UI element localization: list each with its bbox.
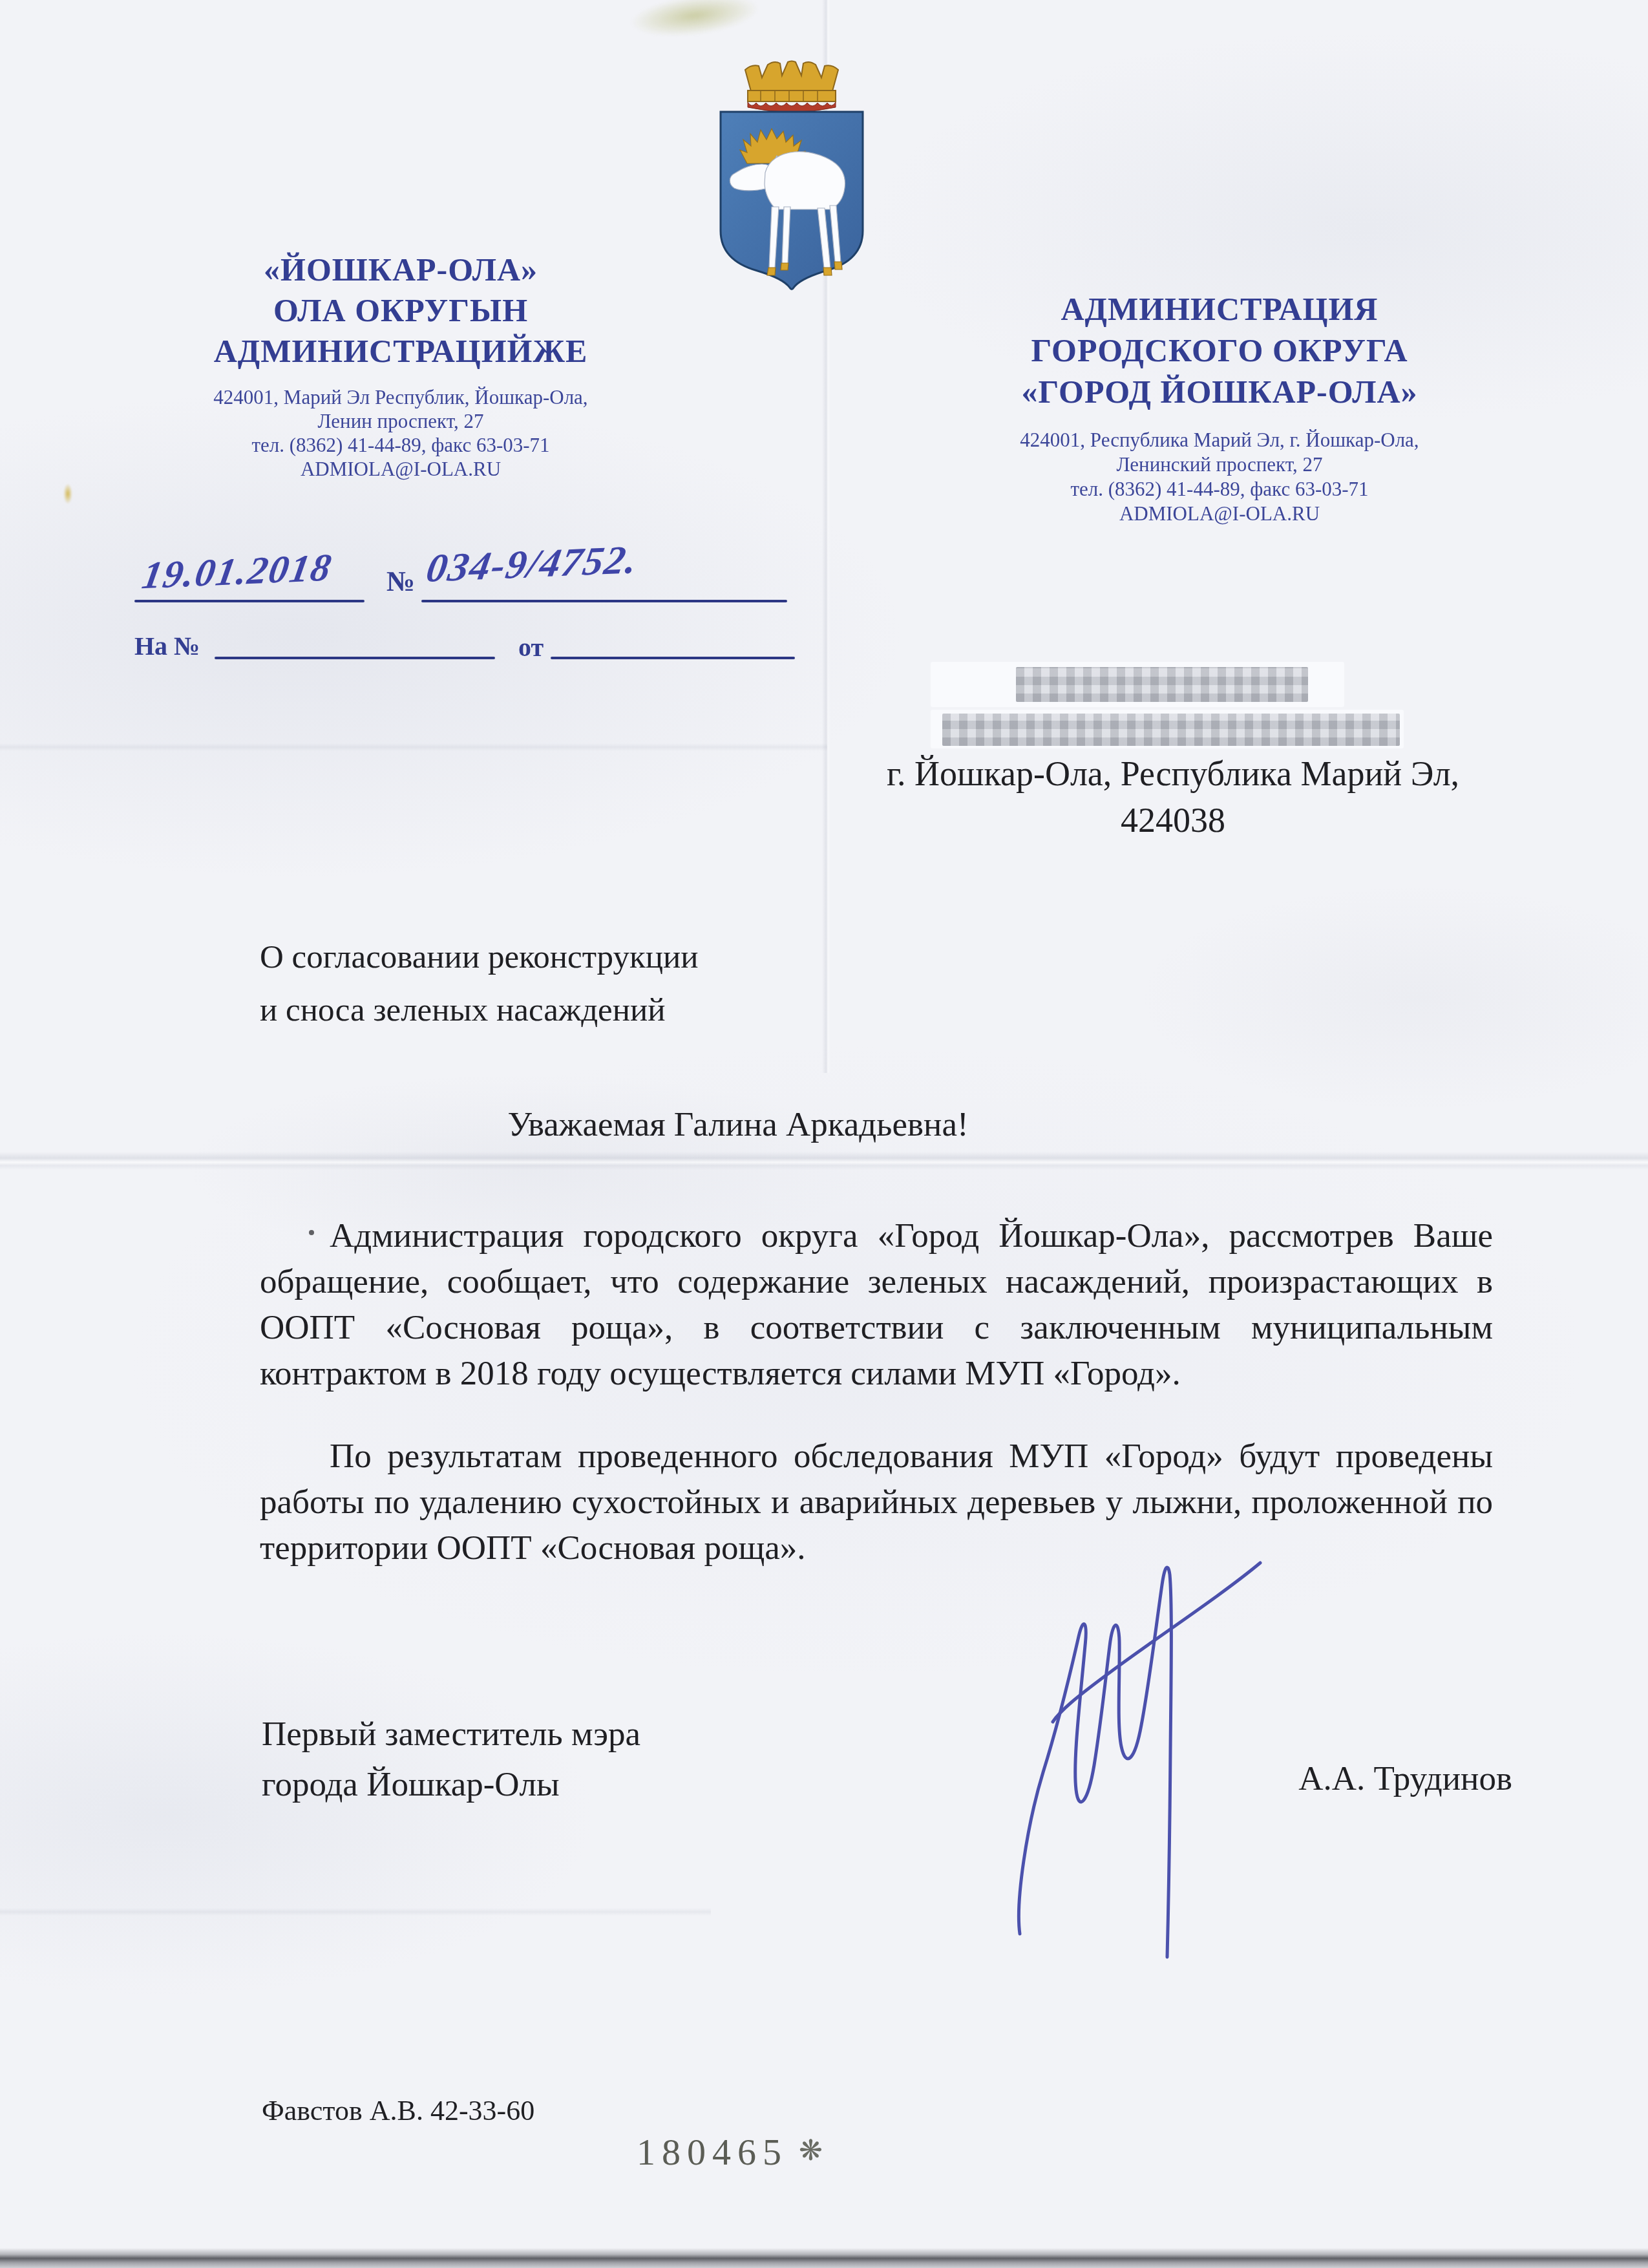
number-underline — [421, 600, 787, 602]
subject-line: и сноса зеленых насаждений — [260, 984, 1003, 1037]
org-name-line: ГОРОДСКОГО ОКРУГА — [929, 330, 1510, 371]
signer-title-line: Первый заместитель мэра — [262, 1709, 876, 1759]
address-line: ADMIOLA@I-OLA.RU — [929, 502, 1510, 526]
subject-line: О согласовании реконструкции — [260, 931, 1003, 984]
subject: О согласовании реконструкции и сноса зел… — [260, 931, 1003, 1037]
address-line: тел. (8362) 41-44-89, факс 63-03-71 — [110, 433, 692, 457]
handwritten-signature-icon — [998, 1538, 1302, 1965]
address-line: 424001, Республика Марий Эл, г. Йошкар-О… — [929, 428, 1510, 452]
org-name-mari: «ЙОШКАР-ОЛА» ОЛА ОКРУГЫН АДМИНИСТРАЦИЙЖЕ — [110, 249, 692, 372]
org-name-line: ОЛА ОКРУГЫН — [110, 290, 692, 331]
stamp-snowflake-icon: ❋ — [799, 2134, 823, 2167]
executor-contact: Фавстов А.В. 42-33-60 — [262, 2094, 534, 2127]
reply-number-label: На № — [134, 631, 200, 661]
handwritten-date: 19.01.2018 — [139, 546, 335, 599]
paper-speck — [63, 483, 72, 504]
fold-crease — [0, 743, 827, 751]
org-name-line: АДМИНИСТРАЦИЯ — [929, 288, 1510, 330]
body-paragraph-2: По результатам проведенного обследования… — [260, 1434, 1493, 1571]
signer-title-line: города Йошкар-Олы — [262, 1759, 876, 1810]
address-line: Ленинский проспект, 27 — [929, 452, 1510, 477]
stamp-number: 180465 — [637, 2130, 788, 2174]
signer-name: А.А. Трудинов — [1196, 1759, 1512, 1798]
date-underline — [134, 600, 364, 602]
org-address-russian: 424001, Республика Марий Эл, г. Йошкар-О… — [929, 428, 1510, 526]
mural-crown-icon — [745, 61, 838, 112]
scanned-letter: «ЙОШКАР-ОЛА» ОЛА ОКРУГЫН АДМИНИСТРАЦИЙЖЕ… — [0, 0, 1648, 2268]
org-name-line: «ГОРОД ЙОШКАР-ОЛА» — [929, 371, 1510, 412]
scan-bottom-edge — [0, 2248, 1648, 2268]
fold-crease — [0, 1152, 1648, 1170]
scan-smudge — [628, 0, 761, 43]
recipient-city: г. Йошкар-Ола, Республика Марий Эл, — [827, 754, 1519, 794]
address-line: 424001, Марий Эл Республик, Йошкар-Ола, — [110, 385, 692, 409]
org-name-line: «ЙОШКАР-ОЛА» — [110, 249, 692, 290]
org-address-mari: 424001, Марий Эл Республик, Йошкар-Ола, … — [110, 385, 692, 481]
number-label: № — [386, 565, 415, 598]
fold-crease — [0, 1908, 711, 1916]
signer-title: Первый заместитель мэра города Йошкар-Ол… — [262, 1709, 876, 1810]
redacted-recipient-street — [942, 714, 1400, 746]
yoshkar-ola-coat-of-arms-icon — [711, 55, 872, 294]
address-line: Ленин проспект, 27 — [110, 409, 692, 433]
org-name-russian: АДМИНИСТРАЦИЯ ГОРОДСКОГО ОКРУГА «ГОРОД Й… — [929, 288, 1510, 412]
address-line: ADMIOLA@I-OLA.RU — [110, 457, 692, 481]
reply-number-underline — [215, 657, 495, 659]
org-name-line: АДМИНИСТРАЦИЙЖЕ — [110, 331, 692, 372]
redacted-recipient-name — [1016, 667, 1308, 702]
handwritten-number: 034-9/4752. — [423, 537, 642, 592]
body-paragraph-1: Администрация городского округа «Город Й… — [260, 1213, 1493, 1397]
address-line: тел. (8362) 41-44-89, факс 63-03-71 — [929, 477, 1510, 502]
salutation: Уважаемая Галина Аркадьевна! — [260, 1105, 1216, 1144]
recipient-postcode: 424038 — [827, 800, 1519, 840]
reply-from-underline — [551, 657, 795, 659]
reply-from-label: от — [518, 632, 544, 662]
